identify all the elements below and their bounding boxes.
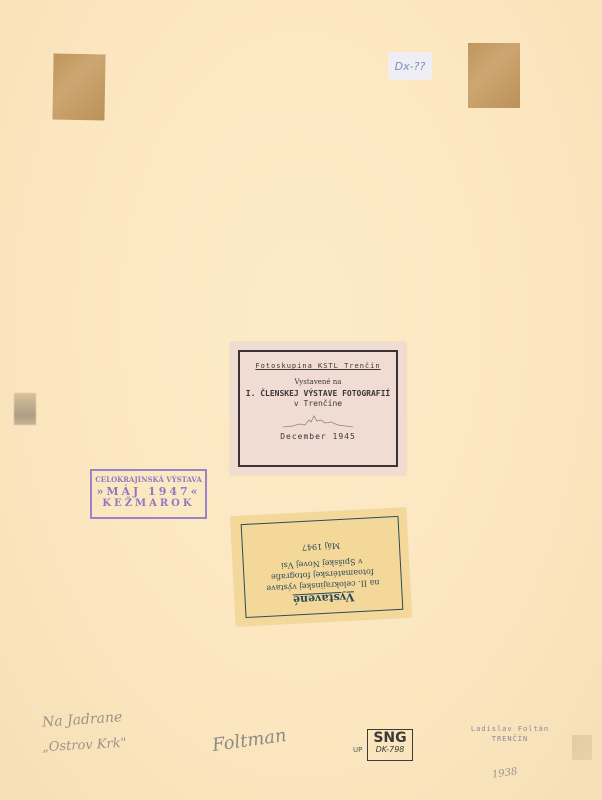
handwritten-title-line-1: Na Jadrane <box>42 709 123 731</box>
author-city: TRENČÍN <box>470 734 550 744</box>
museum-code: SNG <box>368 731 412 745</box>
kezmarok-exhibition-stamp: CELOKRAJINSKÁ VÝSTAVA »MÁJ 1947« KEŽMARO… <box>90 469 207 519</box>
label-line-2: I. ČLENSKEJ VÝSTAVE FOTOGRAFIÍ <box>240 389 396 398</box>
exhibition-label-spisska-nova-ves: Vystavené na II. celokrajinskej výstave … <box>230 507 412 626</box>
label-organizer: Fotoskupina KSTL Trenčín <box>240 362 396 370</box>
label-line-1: Vystavené na <box>240 378 396 386</box>
inventory-note: Dx-?? <box>388 52 432 80</box>
stamp-line-3: KEŽMAROK <box>92 498 205 509</box>
castle-skyline-icon <box>283 412 353 430</box>
author-name: Ladislav Foltán <box>470 724 550 734</box>
author-name-stamp: Ladislav Foltán TRENČÍN <box>470 724 550 744</box>
inventory-number: DK-798 <box>368 745 412 755</box>
label-line-3: v Trenčíne <box>240 399 396 408</box>
tape-top-right <box>468 43 520 108</box>
photo-mount-verso: Dx-?? Fotoskupina KSTL Trenčín Vystavené… <box>0 0 602 800</box>
exhibition-label-trencin: Fotoskupina KSTL Trenčín Vystavené na I.… <box>230 342 406 475</box>
handwritten-title-line-2: „Ostrov Krk" <box>42 736 127 755</box>
stain-left <box>14 393 36 425</box>
label-line-4: Máj 1947 <box>243 538 399 555</box>
label-frame: Fotoskupina KSTL Trenčín Vystavené na I.… <box>238 350 398 467</box>
stamp-line-1: CELOKRAJINSKÁ VÝSTAVA <box>92 475 205 484</box>
label-frame: Vystavené na II. celokrajinskej výstave … <box>241 516 404 618</box>
museum-stamp-prefix: UP <box>353 746 362 754</box>
sng-museum-stamp: SNG DK-798 <box>367 729 413 761</box>
label-date: December 1945 <box>240 432 396 441</box>
author-signature: Foltman <box>211 725 288 756</box>
tape-top-left <box>52 54 105 121</box>
handwritten-year: 1938 <box>491 766 518 780</box>
stamp-line-2: »MÁJ 1947« <box>92 485 205 498</box>
tape-bottom-right <box>572 735 592 760</box>
